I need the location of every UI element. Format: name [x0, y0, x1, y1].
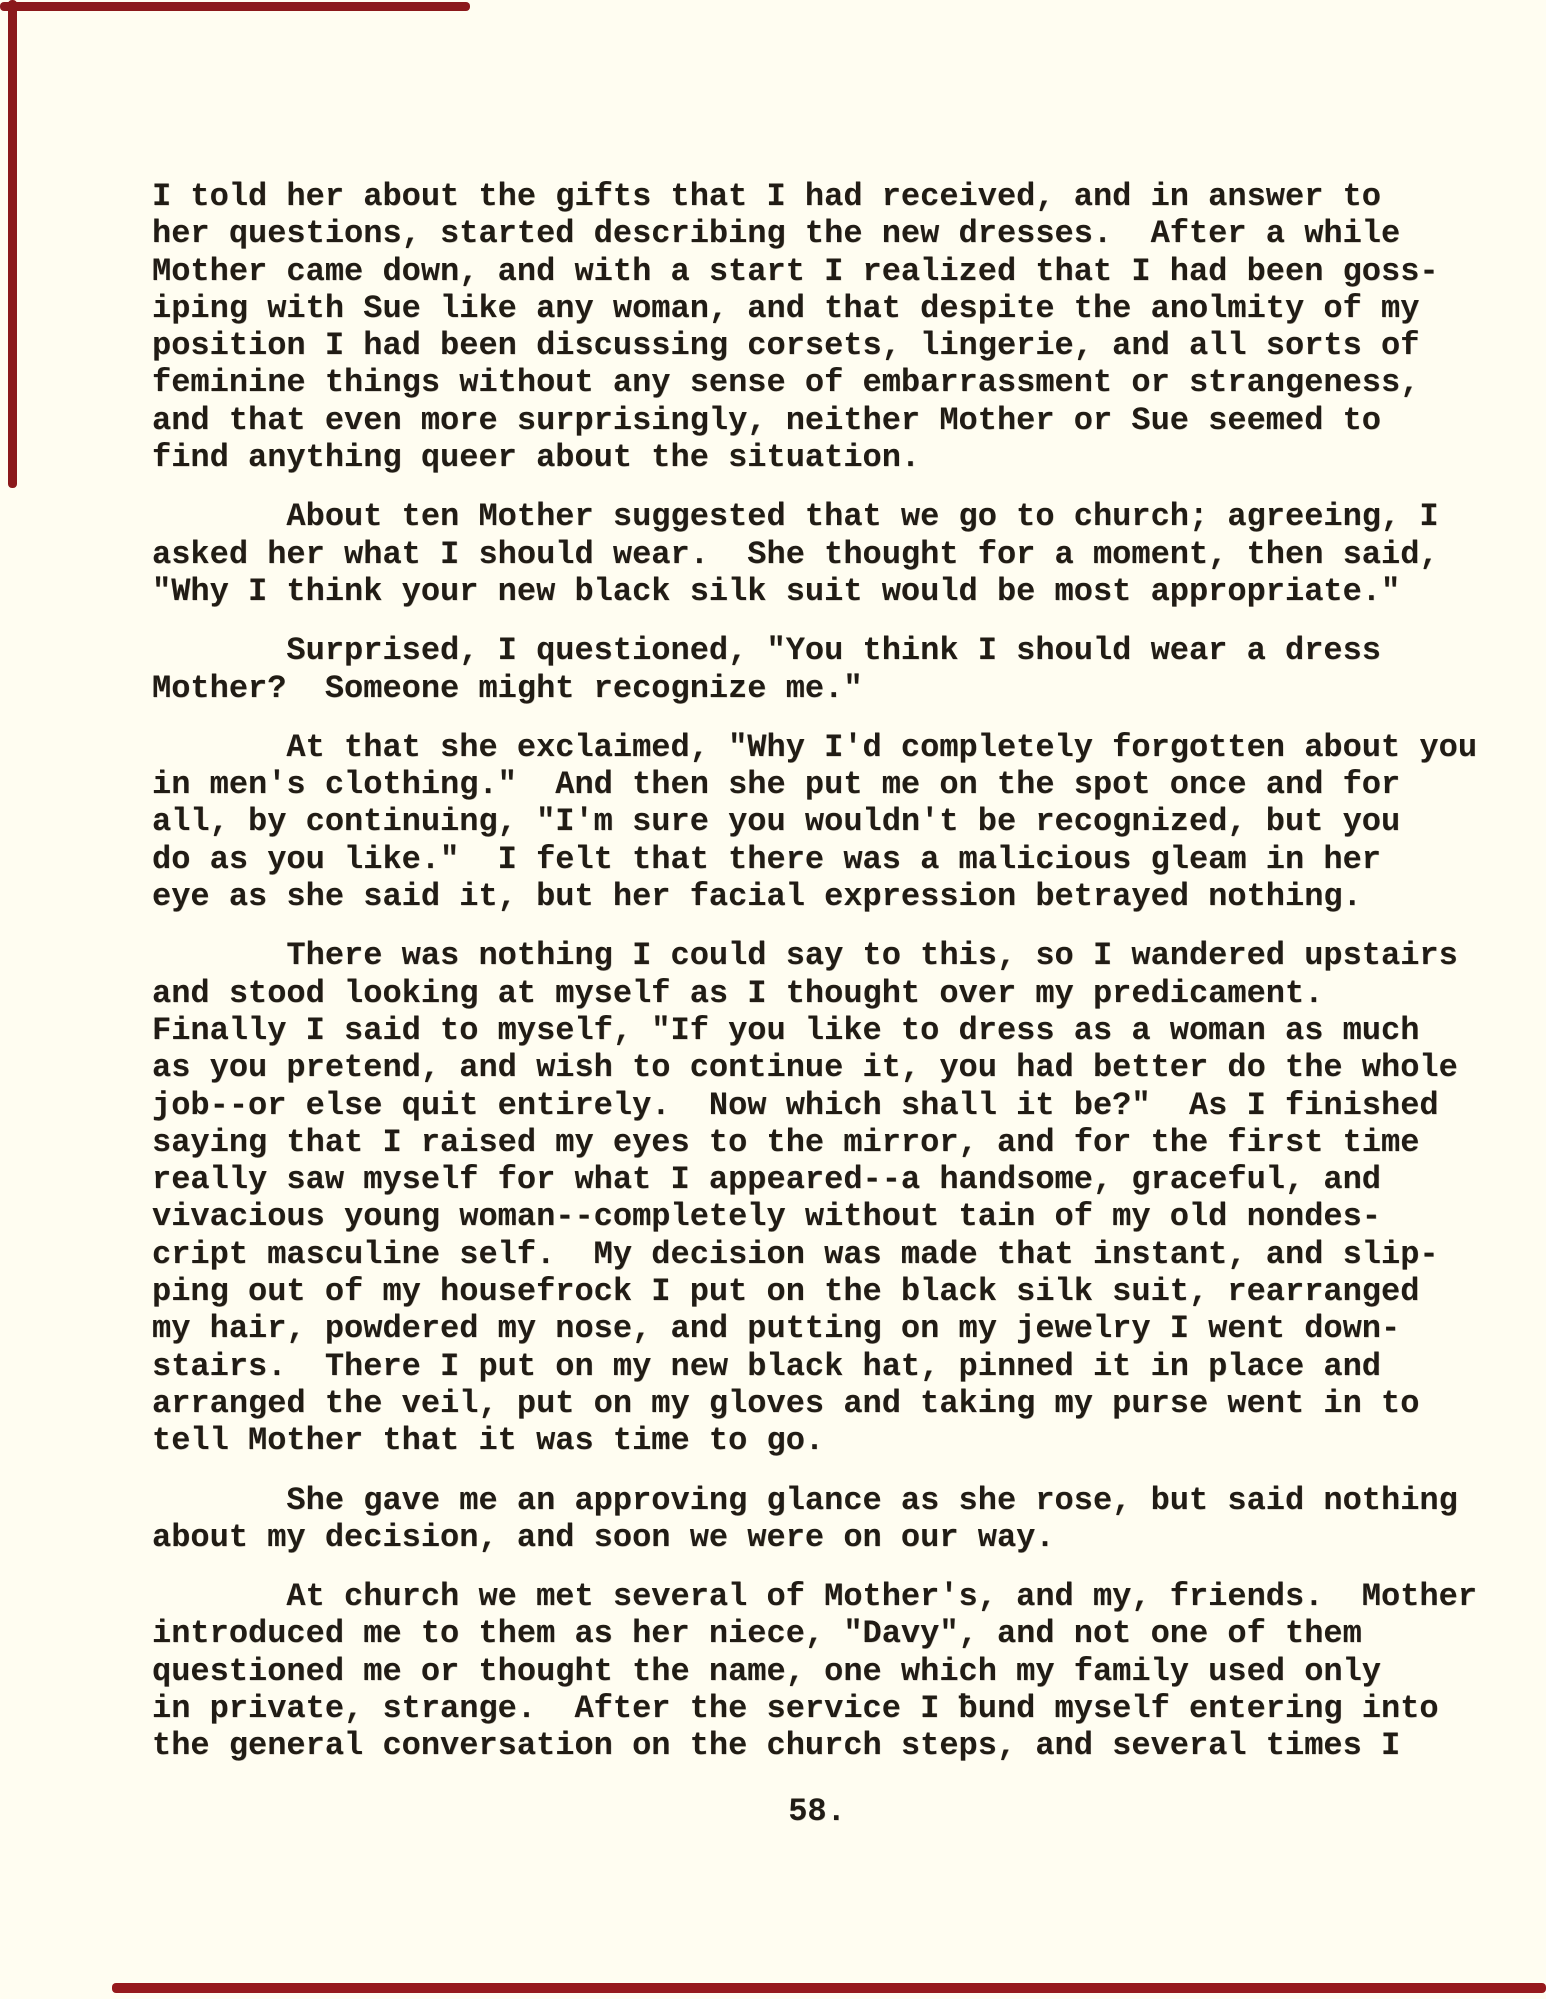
typewritten-text-block: I told her about the gifts that I had re…	[152, 178, 1482, 1830]
paragraph-4: At that she exclaimed, "Why I'd complete…	[152, 729, 1482, 915]
paragraph-5: There was nothing I could say to this, s…	[152, 937, 1482, 1459]
paragraph-1: I told her about the gifts that I had re…	[152, 178, 1482, 476]
paragraph-6: She gave me an approving glance as she r…	[152, 1482, 1482, 1557]
document-page: I told her about the gifts that I had re…	[0, 0, 1546, 1999]
scan-artifact-bottom-edge	[112, 1983, 1546, 1993]
paragraph-3: Surprised, I questioned, "You think I sh…	[152, 632, 1482, 707]
scan-artifact-top-edge	[0, 2, 470, 11]
paragraph-7: At church we met several of Mother's, an…	[152, 1578, 1482, 1764]
scan-artifact-left-edge	[8, 0, 17, 488]
page-number: 58.	[152, 1793, 1482, 1830]
paragraph-2: About ten Mother suggested that we go to…	[152, 498, 1482, 610]
